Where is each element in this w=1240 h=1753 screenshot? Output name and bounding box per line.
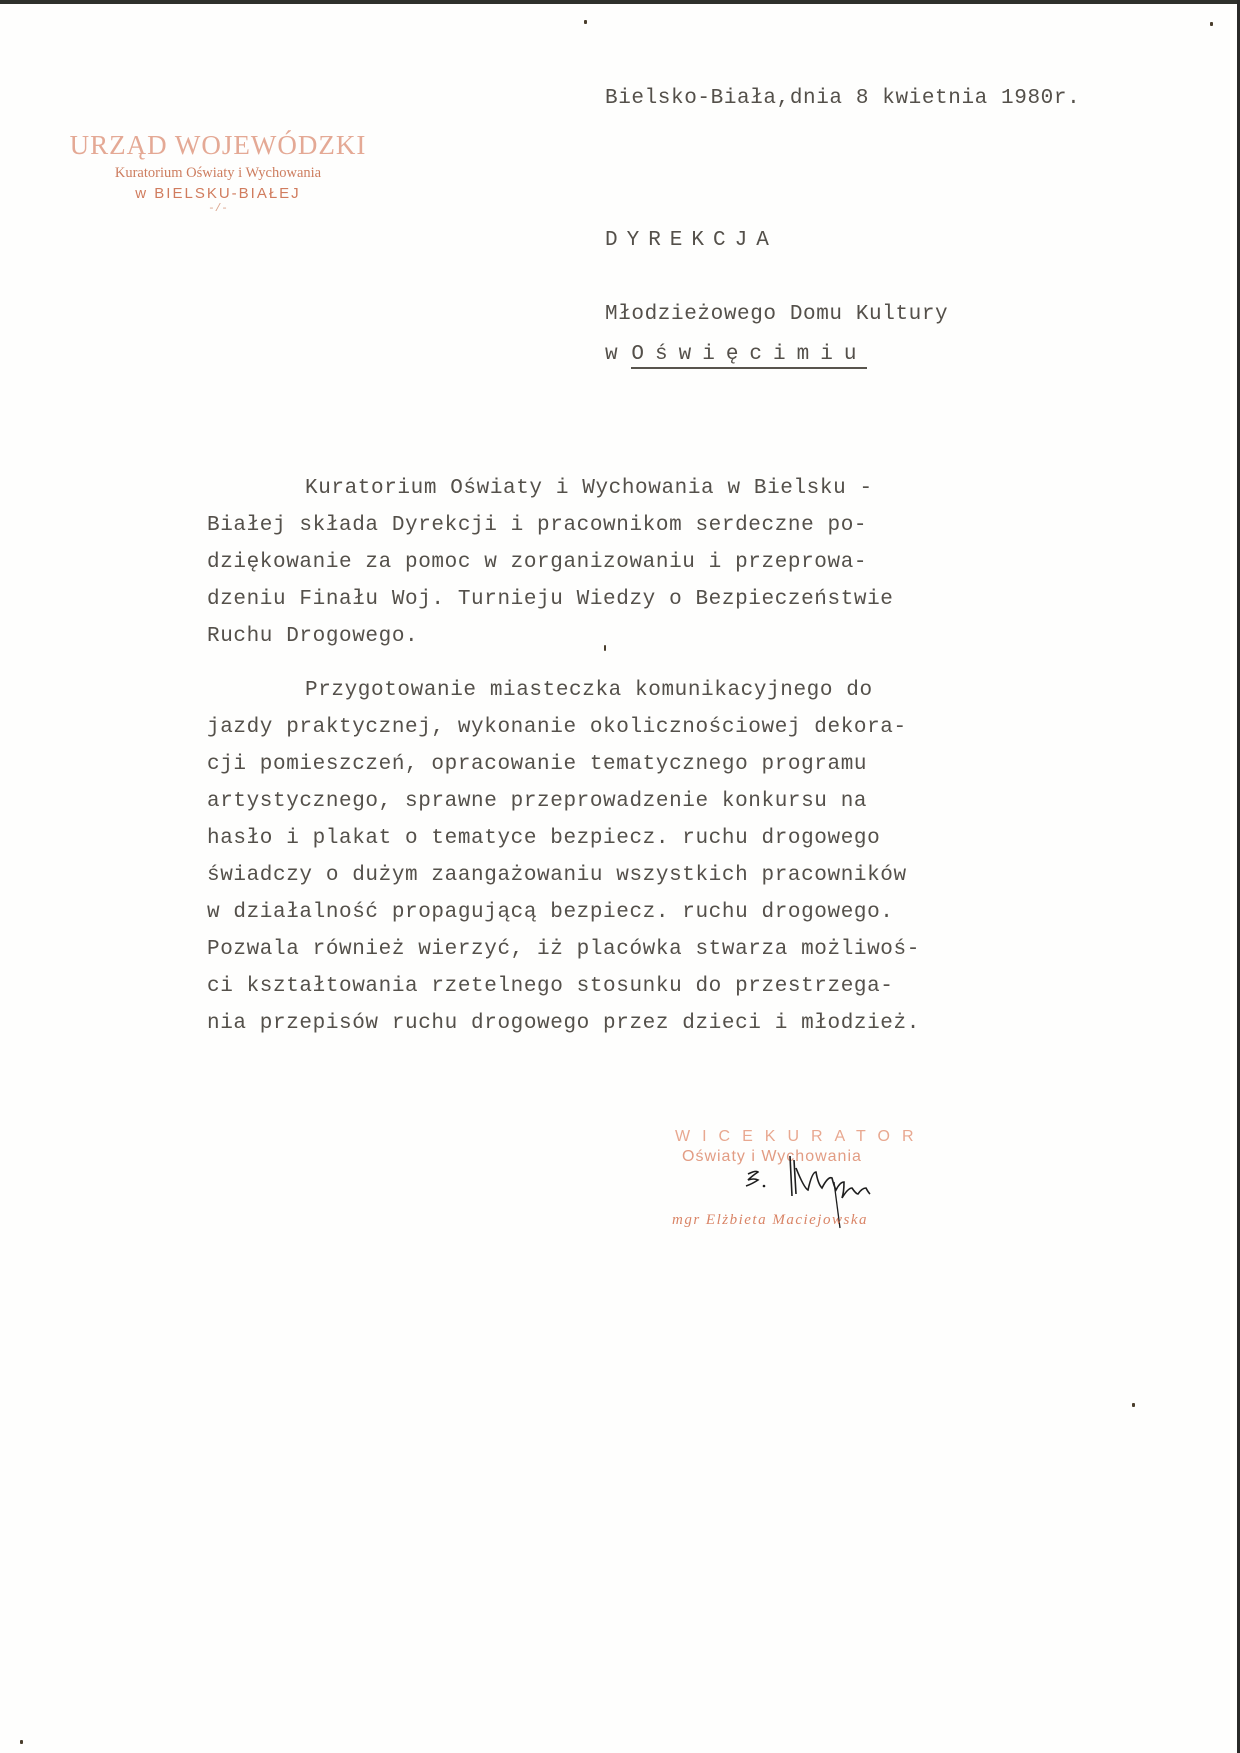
scan-speck [1132,1403,1135,1407]
recipient-location: w Oświęcimiu [605,336,867,373]
body-line: Kuratorium Oświaty i Wychowania w Bielsk… [207,470,894,507]
body-line: świadczy o dużym zaangażowaniu wszystkic… [207,857,920,894]
office-stamp: URZĄD WOJEWÓDZKI Kuratorium Oświaty i Wy… [58,130,378,215]
recipient-location-prefix: w [605,343,631,366]
body-line: jazdy praktycznej, wykonanie okolicznośc… [207,709,920,746]
recipient-institution: Młodzieżowego Domu Kultury [605,296,948,333]
body-line: Ruchu Drogowego. [207,618,894,655]
paragraph-2: Przygotowanie miasteczka komunikacyjnego… [207,672,920,1042]
paragraph-1: Kuratorium Oświaty i Wychowania w Bielsk… [207,470,894,655]
scan-edge-top [0,0,1240,4]
signature-stamp: WICEKURATOR Oświaty i Wychowania mgr Elż… [670,1128,970,1248]
body-line: dziękowanie za pomoc w zorganizowaniu i … [207,544,894,581]
scan-speck [1210,22,1213,26]
signatory-name: mgr Elżbieta Maciejowska [672,1212,868,1229]
body-line: Białej składa Dyrekcji i pracownikom ser… [207,507,894,544]
scan-speck [584,20,587,24]
recipient-city: Oświęcimiu [631,343,867,369]
stamp-line-city: w BIELSKU-BIAŁEJ [58,185,378,202]
body-line: Przygotowanie miasteczka komunikacyjnego… [207,672,920,709]
stamp-line-office: URZĄD WOJEWÓDZKI [58,130,378,161]
letter-page: URZĄD WOJEWÓDZKI Kuratorium Oświaty i Wy… [0,0,1240,1753]
stamp-line-ref: -/- [58,203,378,215]
body-line: cji pomieszczeń, opracowanie tematyczneg… [207,746,920,783]
body-line: ci kształtowania rzetelnego stosunku do … [207,968,920,1005]
body-line: w działalność propagującą bezpiecz. ruch… [207,894,920,931]
scan-speck [20,1740,23,1744]
date-line: Bielsko-Biała,dnia 8 kwietnia 1980r. [605,80,1080,117]
body-line: hasło i plakat o tematyce bezpiecz. ruch… [207,820,920,857]
stamp-line-department: Kuratorium Oświaty i Wychowania [58,165,378,182]
body-line: nia przepisów ruchu drogowego przez dzie… [207,1005,920,1042]
recipient-title: DYREKCJA [605,222,778,259]
body-line: Pozwala również wierzyć, iż placówka stw… [207,931,920,968]
body-line: artystycznego, sprawne przeprowadzenie k… [207,783,920,820]
body-line: dzeniu Finału Woj. Turnieju Wiedzy o Bez… [207,581,894,618]
